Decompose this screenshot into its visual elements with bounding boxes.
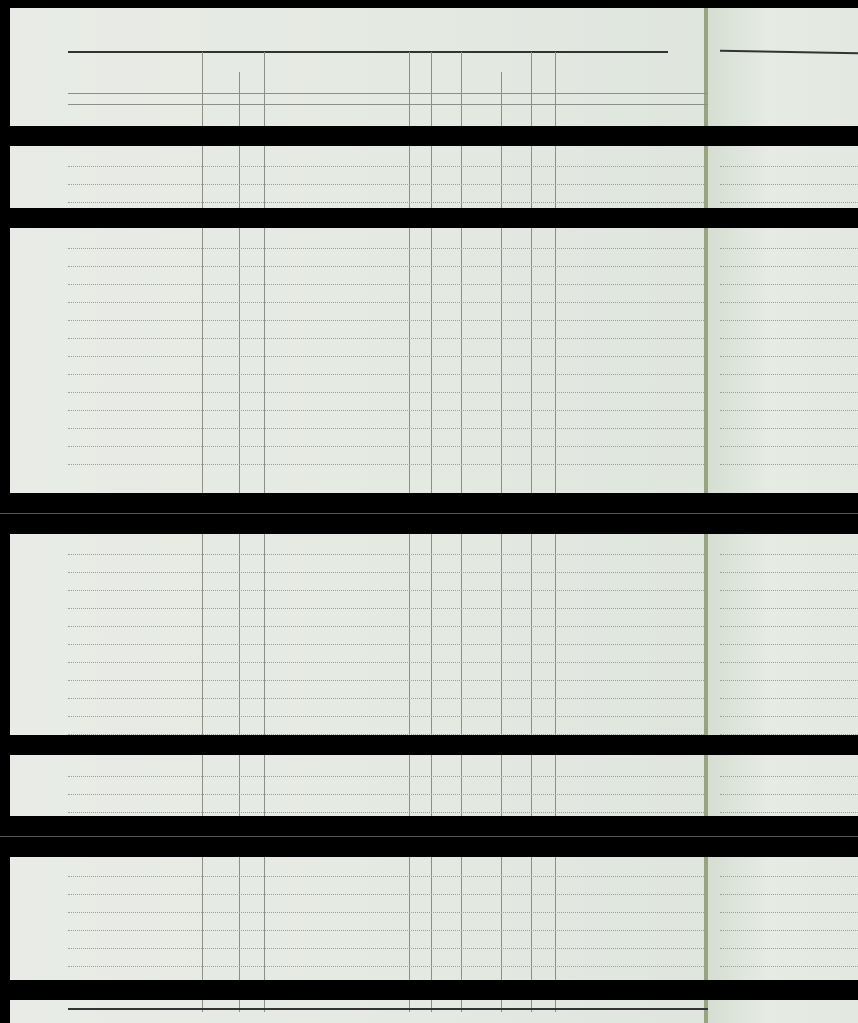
row-rule [68, 392, 706, 393]
header-bottom-rule [68, 93, 708, 94]
row-rule [720, 912, 858, 913]
row-rule [68, 338, 706, 339]
row-rule [68, 930, 706, 931]
row-rule [68, 876, 706, 877]
row-rule [68, 776, 706, 777]
row-rule [68, 554, 706, 555]
closed-record-bar [0, 980, 858, 1000]
row-rule [720, 166, 858, 167]
row-rule [720, 184, 858, 185]
closed-record-bar [0, 126, 858, 146]
row-rule [720, 374, 858, 375]
row-rule [68, 812, 706, 813]
row-rule [68, 572, 706, 573]
row-rule [68, 302, 706, 303]
row-rule [720, 894, 858, 895]
row-rule [720, 590, 858, 591]
row-rule [720, 794, 858, 795]
row-rule [68, 428, 706, 429]
row-rule [720, 572, 858, 573]
row-rule [720, 644, 858, 645]
row-rule [68, 912, 706, 913]
row-rule [720, 338, 858, 339]
row-rule [720, 776, 858, 777]
closed-record-bar [0, 208, 858, 228]
row-rule [720, 608, 858, 609]
row-rule [720, 320, 858, 321]
footer-rule [68, 1008, 708, 1010]
row-rule [720, 284, 858, 285]
row-rule [720, 698, 858, 699]
row-rule [720, 464, 858, 465]
closed-record-bar [0, 735, 858, 755]
row-rule [68, 662, 706, 663]
closed-record-bar [0, 836, 858, 857]
row-rule [720, 680, 858, 681]
row-rule [68, 464, 706, 465]
row-rule [720, 428, 858, 429]
row-rule [68, 716, 706, 717]
row-rule [720, 202, 858, 203]
row-rule [68, 248, 706, 249]
row-rule [720, 716, 858, 717]
row-rule [720, 966, 858, 967]
row-rule [720, 930, 858, 931]
row-rule [720, 356, 858, 357]
row-rule [720, 948, 858, 949]
closed-record-bar [0, 493, 858, 513]
row-rule [68, 966, 706, 967]
row-rule [720, 302, 858, 303]
row-rule [68, 374, 706, 375]
row-rule [68, 626, 706, 627]
row-rule [68, 320, 706, 321]
row-rule [68, 202, 706, 203]
row-rule [68, 608, 706, 609]
row-rule [720, 662, 858, 663]
row-rule [68, 698, 706, 699]
closed-record-bar [0, 816, 858, 836]
row-rule [68, 446, 706, 447]
colnum-rule [68, 104, 708, 105]
row-rule [720, 812, 858, 813]
row-rule [68, 794, 706, 795]
row-rule [68, 680, 706, 681]
row-rule [720, 266, 858, 267]
row-rule [720, 392, 858, 393]
row-rule [68, 184, 706, 185]
row-rule [68, 410, 706, 411]
row-rule [720, 410, 858, 411]
closed-record-bar [0, 513, 858, 534]
row-rule [720, 248, 858, 249]
row-rule [68, 590, 706, 591]
row-rule [68, 166, 706, 167]
row-rule [68, 356, 706, 357]
row-rule [68, 266, 706, 267]
row-rule [720, 446, 858, 447]
header-rule [68, 51, 668, 53]
row-rule [720, 554, 858, 555]
row-rule [720, 876, 858, 877]
row-rule [68, 284, 706, 285]
row-rule [68, 948, 706, 949]
row-rule [720, 626, 858, 627]
row-rule [68, 644, 706, 645]
row-rule [68, 894, 706, 895]
